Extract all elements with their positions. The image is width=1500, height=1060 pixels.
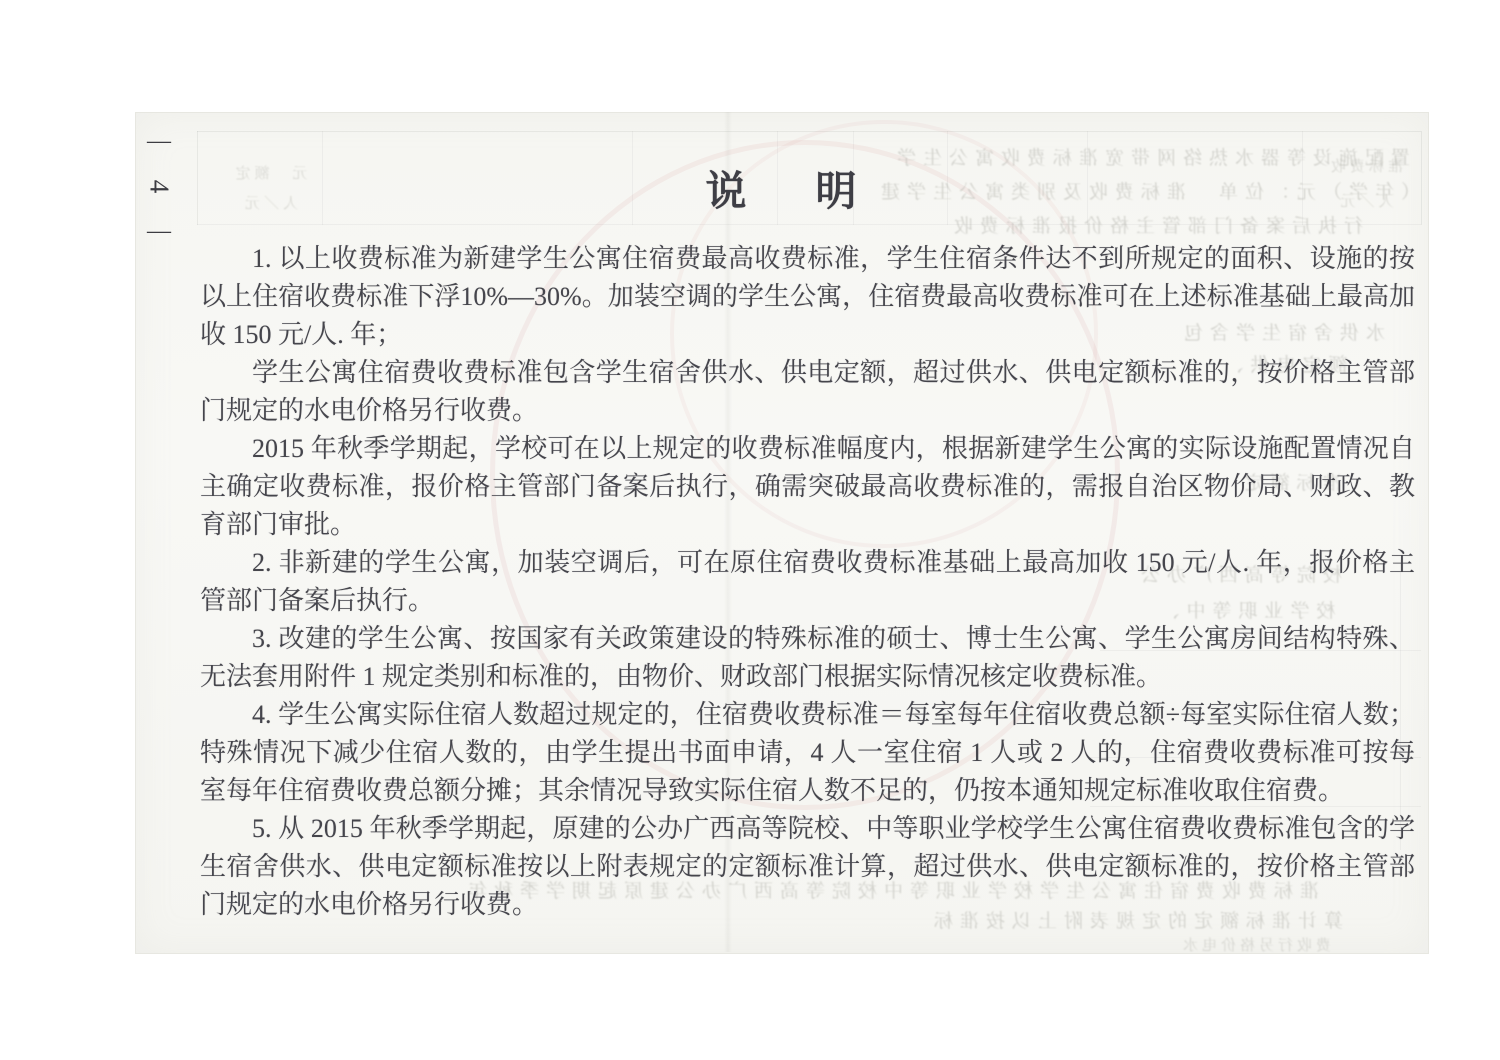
paragraph-5: 3. 改建的学生公寓、按国家有关政策建设的特殊标准的硕士、博士生公寓、学生公寓房… [200,620,1415,696]
document-title: 说 明 [135,158,1427,217]
page-number-dash-bottom: — [147,224,171,238]
paragraph-6: 4. 学生公寓实际住宿人数超过规定的，住宿费收费标准＝每室每年住宿收费总额÷每室… [200,696,1415,810]
paragraph-7: 5. 从 2015 年秋季学期起，原建的公办广西高等院校、中等职业学校学生公寓住… [200,810,1415,924]
document-body: 1. 以上收费标准为新建学生公寓住宿费最高收费标准，学生住宿条件达不到所规定的面… [200,240,1415,924]
paragraph-2: 学生公寓住宿费收费标准包含学生宿舍供水、供电定额，超过供水、供电定额标准的，按价… [200,354,1415,430]
bleed-table-line [197,131,1421,132]
bleed-text-row: 费收行另格价电水 [1090,934,1420,955]
scanned-document-screenshot: 置配施设等器水热络网带宽准标费收寓公生学 （年学）元：位单 准标费收及别类寓公生… [0,0,1500,1060]
paragraph-1: 1. 以上收费标准为新建学生公寓住宿费最高收费标准，学生住宿条件达不到所规定的面… [200,240,1415,354]
paragraph-3: 2015 年秋季学期起，学校可在以上规定的收费标准幅度内，根据新建学生公寓的实际… [200,430,1415,544]
page-number-dash-top: — [147,134,171,148]
paragraph-4: 2. 非新建的学生公寓，加装空调后，可在原住宿费收费标准基础上最高加收 150 … [200,544,1415,620]
